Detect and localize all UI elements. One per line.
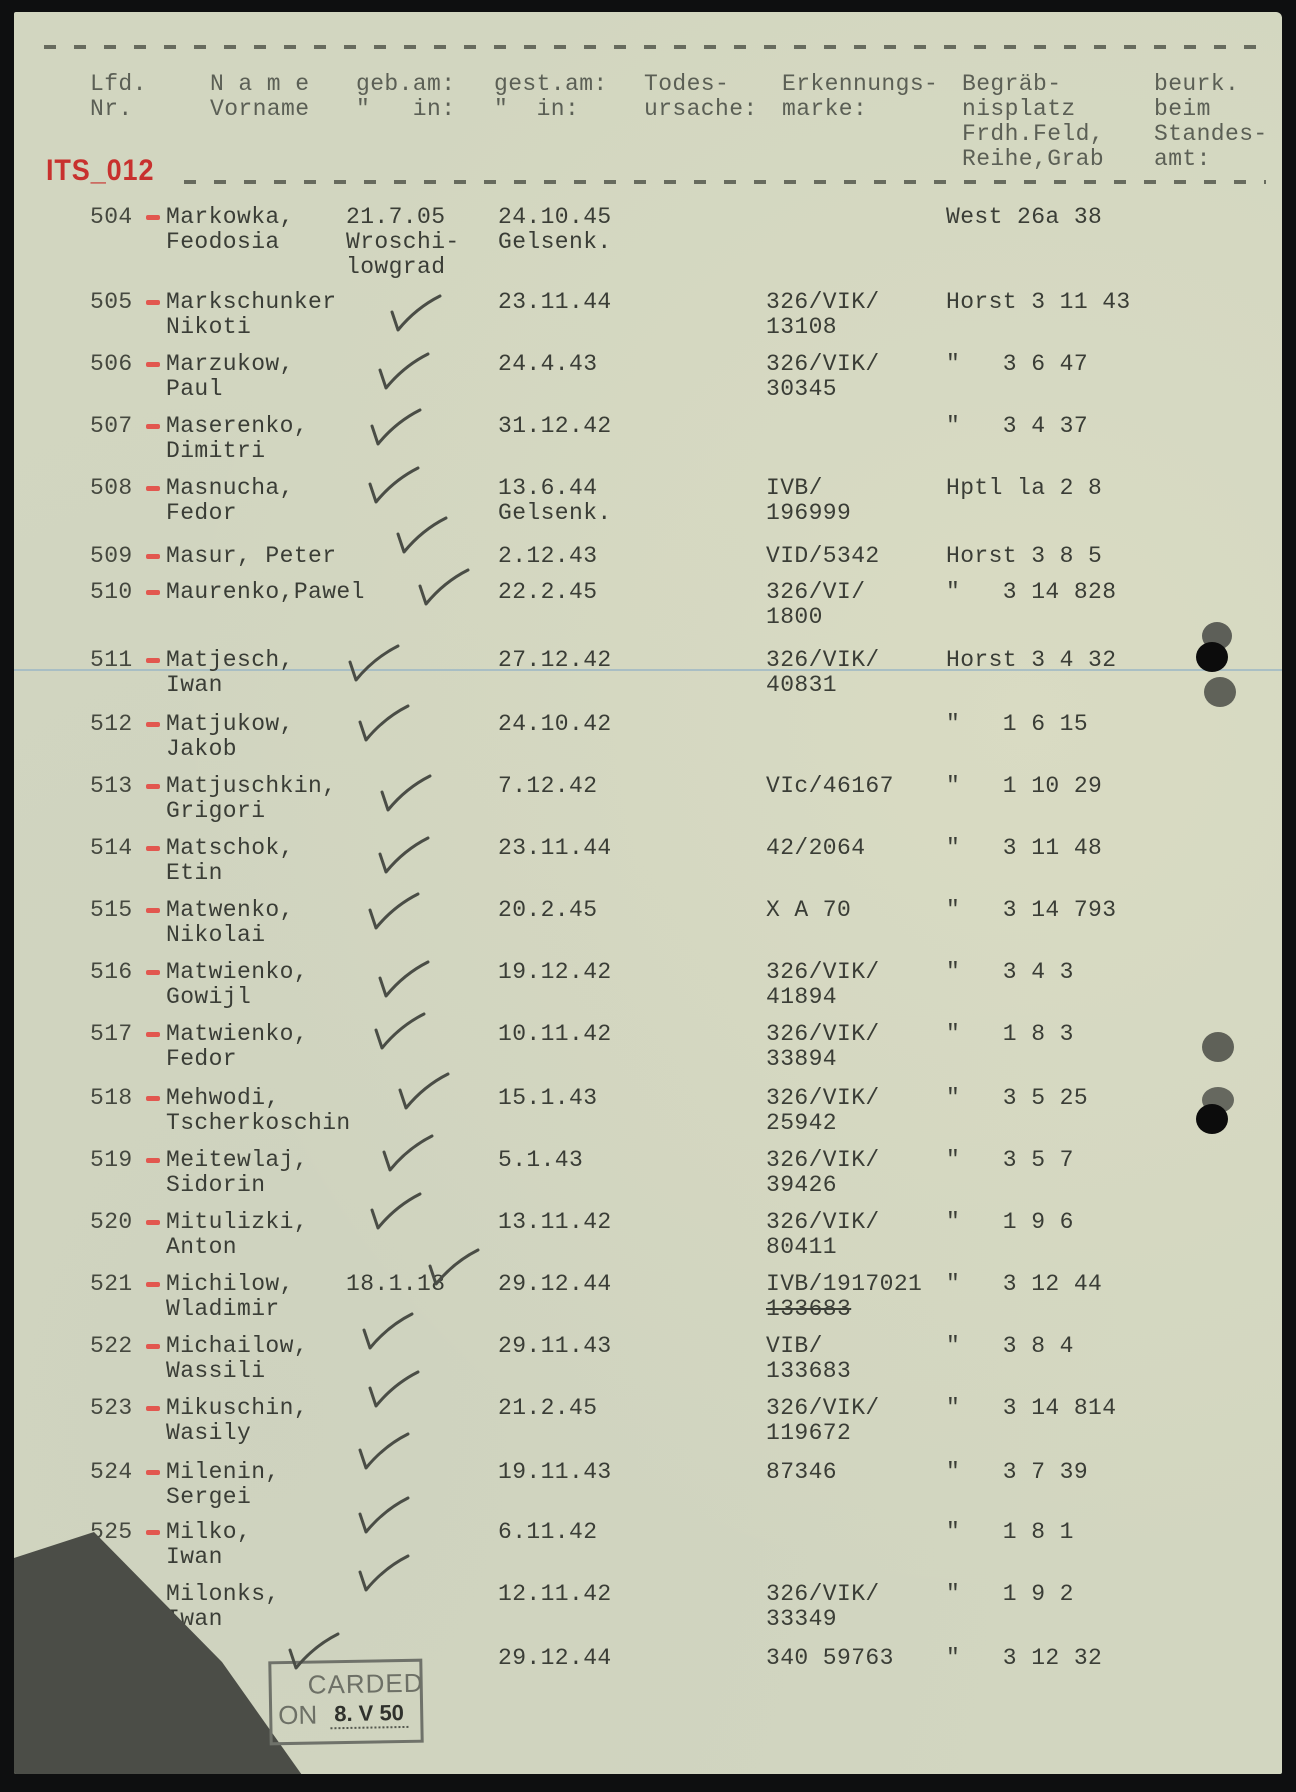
header-registry: beurk. beim Standes- amt: bbox=[1154, 72, 1268, 172]
record-row: 516Matwienko, Gowijl19.12.42326/VIK/ 418… bbox=[14, 960, 1282, 1020]
punch-hole bbox=[1202, 1032, 1234, 1062]
record-number: 519 bbox=[90, 1148, 133, 1173]
record-row: 505Markschunker Nikoti23.11.44326/VIK/ 1… bbox=[14, 290, 1282, 350]
record-id-tag: VIB/ 133683 bbox=[766, 1334, 851, 1384]
record-died: 21.2.45 bbox=[498, 1396, 597, 1421]
record-id-tag: 326/VIK/ 30345 bbox=[766, 352, 880, 402]
record-row: 524Milenin, Sergei19.11.4387346" 3 7 39 bbox=[14, 1460, 1282, 1520]
record-burial-place: " 3 14 793 bbox=[946, 898, 1116, 923]
record-burial-place: " 1 6 15 bbox=[946, 712, 1088, 737]
record-died: 22.2.45 bbox=[498, 580, 597, 605]
record-row: 512Matjukow, Jakob24.10.42" 1 6 15 bbox=[14, 712, 1282, 772]
record-died: 12.11.42 bbox=[498, 1582, 612, 1607]
record-id-tag: 326/VIK/ 41894 bbox=[766, 960, 880, 1010]
carded-stamp-line2: ON bbox=[278, 1700, 318, 1732]
record-burial-place: " 3 14 828 bbox=[946, 580, 1116, 605]
red-marker-dash bbox=[146, 846, 160, 851]
record-died: 29.11.43 bbox=[498, 1334, 612, 1359]
red-marker-dash bbox=[146, 1344, 160, 1349]
record-name: Milenin, Sergei bbox=[166, 1460, 280, 1510]
record-number: 513 bbox=[90, 774, 133, 799]
record-burial-place: Horst 3 11 43 bbox=[946, 290, 1131, 315]
check-mark-icon bbox=[374, 348, 434, 398]
header-id-tag: Erkennungs- marke: bbox=[782, 72, 938, 122]
record-number: 516 bbox=[90, 960, 133, 985]
record-row: Milonks, Iwan12.11.42326/VIK/ 33349" 1 9… bbox=[14, 1582, 1282, 1642]
red-marker-dash bbox=[146, 554, 160, 559]
record-burial-place: " 3 14 814 bbox=[946, 1396, 1116, 1421]
record-id-tag: 326/VIK/ 39426 bbox=[766, 1148, 880, 1198]
carded-stamp-date: 8. V 50 bbox=[330, 1700, 408, 1729]
record-row: 504Markowka, Feodosia21.7.05 Wroschi- lo… bbox=[14, 205, 1282, 265]
red-marker-dash bbox=[146, 784, 160, 789]
record-number: 506 bbox=[90, 352, 133, 377]
record-died: 6.11.42 bbox=[498, 1520, 597, 1545]
check-mark-icon bbox=[394, 1068, 454, 1118]
record-burial-place: Horst 3 8 5 bbox=[946, 544, 1102, 569]
record-burial-place: " 3 5 7 bbox=[946, 1148, 1074, 1173]
record-number: 515 bbox=[90, 898, 133, 923]
record-burial-place: Hptl la 2 8 bbox=[946, 476, 1102, 501]
red-marker-dash bbox=[146, 970, 160, 975]
record-died: 13.11.42 bbox=[498, 1210, 612, 1235]
record-died: 19.12.42 bbox=[498, 960, 612, 985]
record-number: 520 bbox=[90, 1210, 133, 1235]
record-died: 27.12.42 bbox=[498, 648, 612, 673]
record-id-tag: 340 59763 bbox=[766, 1646, 894, 1671]
record-name: Masur, Peter bbox=[166, 544, 336, 569]
red-marker-dash bbox=[146, 1220, 160, 1225]
record-id-tag: 326/VIK/ 80411 bbox=[766, 1210, 880, 1260]
record-name: Milko, Iwan bbox=[166, 1520, 251, 1570]
red-marker-dash bbox=[146, 1032, 160, 1037]
check-mark-icon bbox=[344, 640, 404, 690]
red-marker-dash bbox=[146, 215, 160, 220]
red-marker-dash bbox=[146, 1282, 160, 1287]
record-row: 520Mitulizki, Anton13.11.42326/VIK/ 8041… bbox=[14, 1210, 1282, 1270]
record-name: Matjukow, Jakob bbox=[166, 712, 294, 762]
record-id-tag: 326/VIK/ 33349 bbox=[766, 1582, 880, 1632]
record-name: Meitewlaj, Sidorin bbox=[166, 1148, 308, 1198]
record-row: 510Maurenko,Pawel22.2.45326/VI/ 1800" 3 … bbox=[14, 580, 1282, 640]
record-row: 519Meitewlaj, Sidorin5.1.43326/VIK/ 3942… bbox=[14, 1148, 1282, 1208]
record-born: 21.7.05 Wroschi- lowgrad bbox=[346, 205, 460, 280]
check-mark-icon bbox=[366, 1188, 426, 1238]
red-marker-dash bbox=[146, 908, 160, 913]
its-archive-stamp: ITS_012 bbox=[46, 154, 154, 188]
header-name: N a m e Vorname bbox=[210, 72, 309, 122]
red-marker-dash bbox=[146, 300, 160, 305]
record-number: 524 bbox=[90, 1460, 133, 1485]
record-burial-place: " 3 4 37 bbox=[946, 414, 1088, 439]
record-row: 507Maserenko, Dimitri31.12.42" 3 4 37 bbox=[14, 414, 1282, 474]
record-burial-place: Horst 3 4 32 bbox=[946, 648, 1116, 673]
record-id-tag: 326/VIK/ 40831 bbox=[766, 648, 880, 698]
record-id-tag: 87346 bbox=[766, 1460, 837, 1485]
header-died: gest.am: " in: bbox=[494, 72, 608, 122]
header-dashed-rule bbox=[184, 180, 1266, 184]
record-burial-place: West 26a 38 bbox=[946, 205, 1102, 230]
record-id-tag: 326/VI/ 1800 bbox=[766, 580, 865, 630]
check-mark-icon bbox=[392, 512, 452, 562]
record-died: 5.1.43 bbox=[498, 1148, 583, 1173]
record-row: 511Matjesch, Iwan27.12.42326/VIK/ 40831H… bbox=[14, 648, 1282, 708]
header-lfd-nr: Lfd. Nr. bbox=[90, 72, 147, 122]
check-mark-icon bbox=[354, 1492, 414, 1542]
record-burial-place: " 3 8 4 bbox=[946, 1334, 1074, 1359]
record-id-tag: 42/2064 bbox=[766, 836, 865, 861]
record-burial-place: " 3 6 47 bbox=[946, 352, 1088, 377]
check-mark-icon bbox=[386, 290, 446, 340]
record-burial-place: " 1 8 3 bbox=[946, 1022, 1074, 1047]
record-died: 7.12.42 bbox=[498, 774, 597, 799]
record-burial-place: " 3 12 44 bbox=[946, 1272, 1102, 1297]
record-row: 522Michailow, Wassili29.11.43VIB/ 133683… bbox=[14, 1334, 1282, 1394]
record-row: 521Michilow, Wladimir18.1.1829.12.44IVB/… bbox=[14, 1272, 1282, 1332]
record-row: 506Marzukow, Paul24.4.43326/VIK/ 30345" … bbox=[14, 352, 1282, 412]
record-id-tag: IVB/ 196999 bbox=[766, 476, 851, 526]
check-mark-icon bbox=[364, 462, 424, 512]
record-number: 507 bbox=[90, 414, 133, 439]
record-number: 514 bbox=[90, 836, 133, 861]
record-number: 511 bbox=[90, 648, 133, 673]
record-id-tag-struck: 133683 bbox=[766, 1297, 851, 1322]
record-row: 517Matwienko, Fedor10.11.42326/VIK/ 3389… bbox=[14, 1022, 1282, 1082]
record-name: Matwenko, Nikolai bbox=[166, 898, 294, 948]
record-died: 23.11.44 bbox=[498, 836, 612, 861]
record-id-tag: 326/VIK/ 33894 bbox=[766, 1022, 880, 1072]
red-marker-dash bbox=[146, 722, 160, 727]
record-burial-place: " 3 7 39 bbox=[946, 1460, 1088, 1485]
record-died: 29.12.44 bbox=[498, 1646, 612, 1671]
record-id-tag: 326/VIK/ 13108 bbox=[766, 290, 880, 340]
record-id-tag: VID/5342 bbox=[766, 544, 880, 569]
record-died: 29.12.44 bbox=[498, 1272, 612, 1297]
check-mark-icon bbox=[424, 1244, 484, 1294]
record-burial-place: " 1 10 29 bbox=[946, 774, 1102, 799]
record-died: 24.10.45 Gelsenk. bbox=[498, 205, 612, 255]
red-marker-dash bbox=[146, 424, 160, 429]
record-number: 517 bbox=[90, 1022, 133, 1047]
red-marker-dash bbox=[146, 1096, 160, 1101]
record-burial-place: " 1 9 6 bbox=[946, 1210, 1074, 1235]
record-name: Matjesch, Iwan bbox=[166, 648, 294, 698]
punch-hole bbox=[1196, 642, 1228, 672]
record-died: 2.12.43 bbox=[498, 544, 597, 569]
record-name: Marzukow, Paul bbox=[166, 352, 294, 402]
record-name: Michailow, Wassili bbox=[166, 1334, 308, 1384]
record-number: 510 bbox=[90, 580, 133, 605]
record-id-tag: IVB/1917021 bbox=[766, 1272, 922, 1297]
red-marker-dash bbox=[146, 486, 160, 491]
check-mark-icon bbox=[378, 1130, 438, 1180]
record-number: 522 bbox=[90, 1334, 133, 1359]
document-page: Lfd. Nr. N a m e Vorname geb.am: " in: g… bbox=[14, 12, 1282, 1774]
record-died: 24.4.43 bbox=[498, 352, 597, 377]
record-row: 508Masnucha, Fedor13.6.44 Gelsenk.IVB/ 1… bbox=[14, 476, 1282, 536]
red-marker-dash bbox=[146, 1530, 160, 1535]
record-number: 508 bbox=[90, 476, 133, 501]
record-row: 514Matschok, Etin23.11.4442/2064" 3 11 4… bbox=[14, 836, 1282, 896]
top-dashed-rule bbox=[44, 45, 1266, 49]
record-name: Matwienko, Gowijl bbox=[166, 960, 308, 1010]
record-row: 515Matwenko, Nikolai20.2.45X A 70" 3 14 … bbox=[14, 898, 1282, 958]
record-died: 20.2.45 bbox=[498, 898, 597, 923]
record-row: 525Milko, Iwan6.11.42" 1 8 1 bbox=[14, 1520, 1282, 1580]
record-row: 518Mehwodi, Tscherkoschin15.1.43326/VIK/… bbox=[14, 1086, 1282, 1146]
record-id-tag: VIc/46167 bbox=[766, 774, 894, 799]
check-mark-icon bbox=[354, 1428, 414, 1478]
check-mark-icon bbox=[284, 1628, 344, 1678]
record-name: Maurenko,Pawel bbox=[166, 580, 365, 605]
record-id-tag: X A 70 bbox=[766, 898, 851, 923]
record-died: 23.11.44 bbox=[498, 290, 612, 315]
record-died: 24.10.42 bbox=[498, 712, 612, 737]
record-number: 509 bbox=[90, 544, 133, 569]
record-burial-place: " 3 4 3 bbox=[946, 960, 1074, 985]
check-mark-icon bbox=[374, 832, 434, 882]
check-mark-icon bbox=[414, 564, 474, 614]
record-number: 504 bbox=[90, 205, 133, 230]
record-burial-place: " 3 5 25 bbox=[946, 1086, 1088, 1111]
record-died: 19.11.43 bbox=[498, 1460, 612, 1485]
record-name: Masnucha, Fedor bbox=[166, 476, 294, 526]
record-number: 523 bbox=[90, 1396, 133, 1421]
record-died: 15.1.43 bbox=[498, 1086, 597, 1111]
red-marker-dash bbox=[146, 1470, 160, 1475]
record-name: Michilow, Wladimir bbox=[166, 1272, 294, 1322]
record-burial-place: " 1 8 1 bbox=[946, 1520, 1074, 1545]
check-mark-icon bbox=[364, 888, 424, 938]
record-died: 10.11.42 bbox=[498, 1022, 612, 1047]
header-burial-place: Begräb- nisplatz Frdh.Feld, Reihe,Grab bbox=[962, 72, 1104, 172]
red-marker-dash bbox=[146, 590, 160, 595]
record-id-tag: 326/VIK/ 119672 bbox=[766, 1396, 880, 1446]
record-died: 13.6.44 Gelsenk. bbox=[498, 476, 612, 526]
record-number: 518 bbox=[90, 1086, 133, 1111]
header-born: geb.am: " in: bbox=[356, 72, 455, 122]
record-name: Maserenko, Dimitri bbox=[166, 414, 308, 464]
record-name: Matschok, Etin bbox=[166, 836, 294, 886]
red-marker-dash bbox=[146, 1406, 160, 1411]
record-name: Matwienko, Fedor bbox=[166, 1022, 308, 1072]
check-mark-icon bbox=[366, 404, 426, 454]
check-mark-icon bbox=[354, 1550, 414, 1600]
punch-hole bbox=[1204, 677, 1236, 707]
record-name: Mitulizki, Anton bbox=[166, 1210, 308, 1260]
record-burial-place: " 1 9 2 bbox=[946, 1582, 1074, 1607]
punch-hole bbox=[1196, 1104, 1228, 1134]
record-number: 521 bbox=[90, 1272, 133, 1297]
check-mark-icon bbox=[370, 1008, 430, 1058]
check-mark-icon bbox=[354, 700, 414, 750]
record-name: Markowka, Feodosia bbox=[166, 205, 294, 255]
check-mark-icon bbox=[376, 770, 436, 820]
check-mark-icon bbox=[358, 1308, 418, 1358]
record-row: 523Mikuschin, Wasily21.2.45326/VIK/ 1196… bbox=[14, 1396, 1282, 1456]
record-name: Markschunker Nikoti bbox=[166, 290, 336, 340]
record-burial-place: " 3 12 32 bbox=[946, 1646, 1102, 1671]
record-burial-place: " 3 11 48 bbox=[946, 836, 1102, 861]
record-id-tag: 326/VIK/ 25942 bbox=[766, 1086, 880, 1136]
red-marker-dash bbox=[146, 1158, 160, 1163]
red-marker-dash bbox=[146, 362, 160, 367]
check-mark-icon bbox=[364, 1366, 424, 1416]
red-marker-dash bbox=[146, 658, 160, 663]
record-name: Mikuschin, Wasily bbox=[166, 1396, 308, 1446]
record-number: 505 bbox=[90, 290, 133, 315]
record-number: 512 bbox=[90, 712, 133, 737]
header-cause: Todes- ursache: bbox=[644, 72, 758, 122]
record-name: Matjuschkin, Grigori bbox=[166, 774, 336, 824]
record-row: 513Matjuschkin, Grigori7.12.42VIc/46167"… bbox=[14, 774, 1282, 834]
record-name: Mehwodi, Tscherkoschin bbox=[166, 1086, 351, 1136]
record-died: 31.12.42 bbox=[498, 414, 612, 439]
check-mark-icon bbox=[374, 956, 434, 1006]
